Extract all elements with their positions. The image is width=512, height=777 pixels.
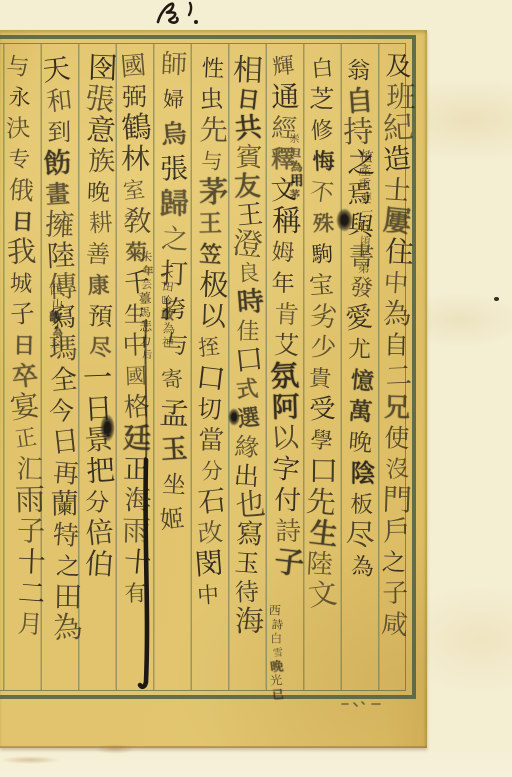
manuscript-column-4: 輝通經釋文稱姆年肯艾氛阿以字付詩子 — [263, 52, 303, 579]
interlinear-annotation-3: 人田吟敢為神 — [160, 266, 175, 350]
manuscript-column-5: 相日共賓友王澄良時佳口式選緣出也寫玉待海 — [228, 56, 264, 636]
interlinear-annotation-5: 西山歌為科 — [48, 283, 63, 353]
manuscript-column-3: 白芝修悔不殊駒宝劣少貴受學口先生陸文 — [301, 54, 340, 612]
manuscript-column-9: 囹張意族晚耕善康預尽一日景把分倍伯 — [78, 54, 117, 581]
margin-tick-marks — [340, 698, 390, 710]
manuscript-column-6: 性虫先与茅王笠极以挃口切當分石改閔中 — [189, 54, 229, 612]
manuscript-column-1: 及班紀造士屢住中為自二兄使沒門戶之子咸 — [375, 52, 415, 641]
top-ink-scribble — [0, 0, 512, 30]
long-ink-stroke — [138, 310, 158, 710]
below-border-annotation-tail: 西詩白雪晚光已 — [268, 604, 283, 702]
ink-blob — [336, 208, 353, 232]
interlinear-annotation-2: 崇旦為用茅 — [286, 132, 301, 202]
ink-blob — [228, 408, 240, 426]
bottom-stain — [0, 756, 60, 764]
interlinear-annotation-1: 植產重要一石頃平弟 — [357, 150, 372, 276]
margin-dot — [494, 297, 499, 301]
bottom-stain — [95, 744, 135, 754]
ink-blob — [100, 414, 115, 442]
scanned-manuscript: { "document": { "kind_label": "手稿", "col… — [0, 0, 512, 777]
manuscript-column-2: 翁自持之焉與書發愛尤憶萬晚陰板尽為 — [339, 56, 378, 583]
